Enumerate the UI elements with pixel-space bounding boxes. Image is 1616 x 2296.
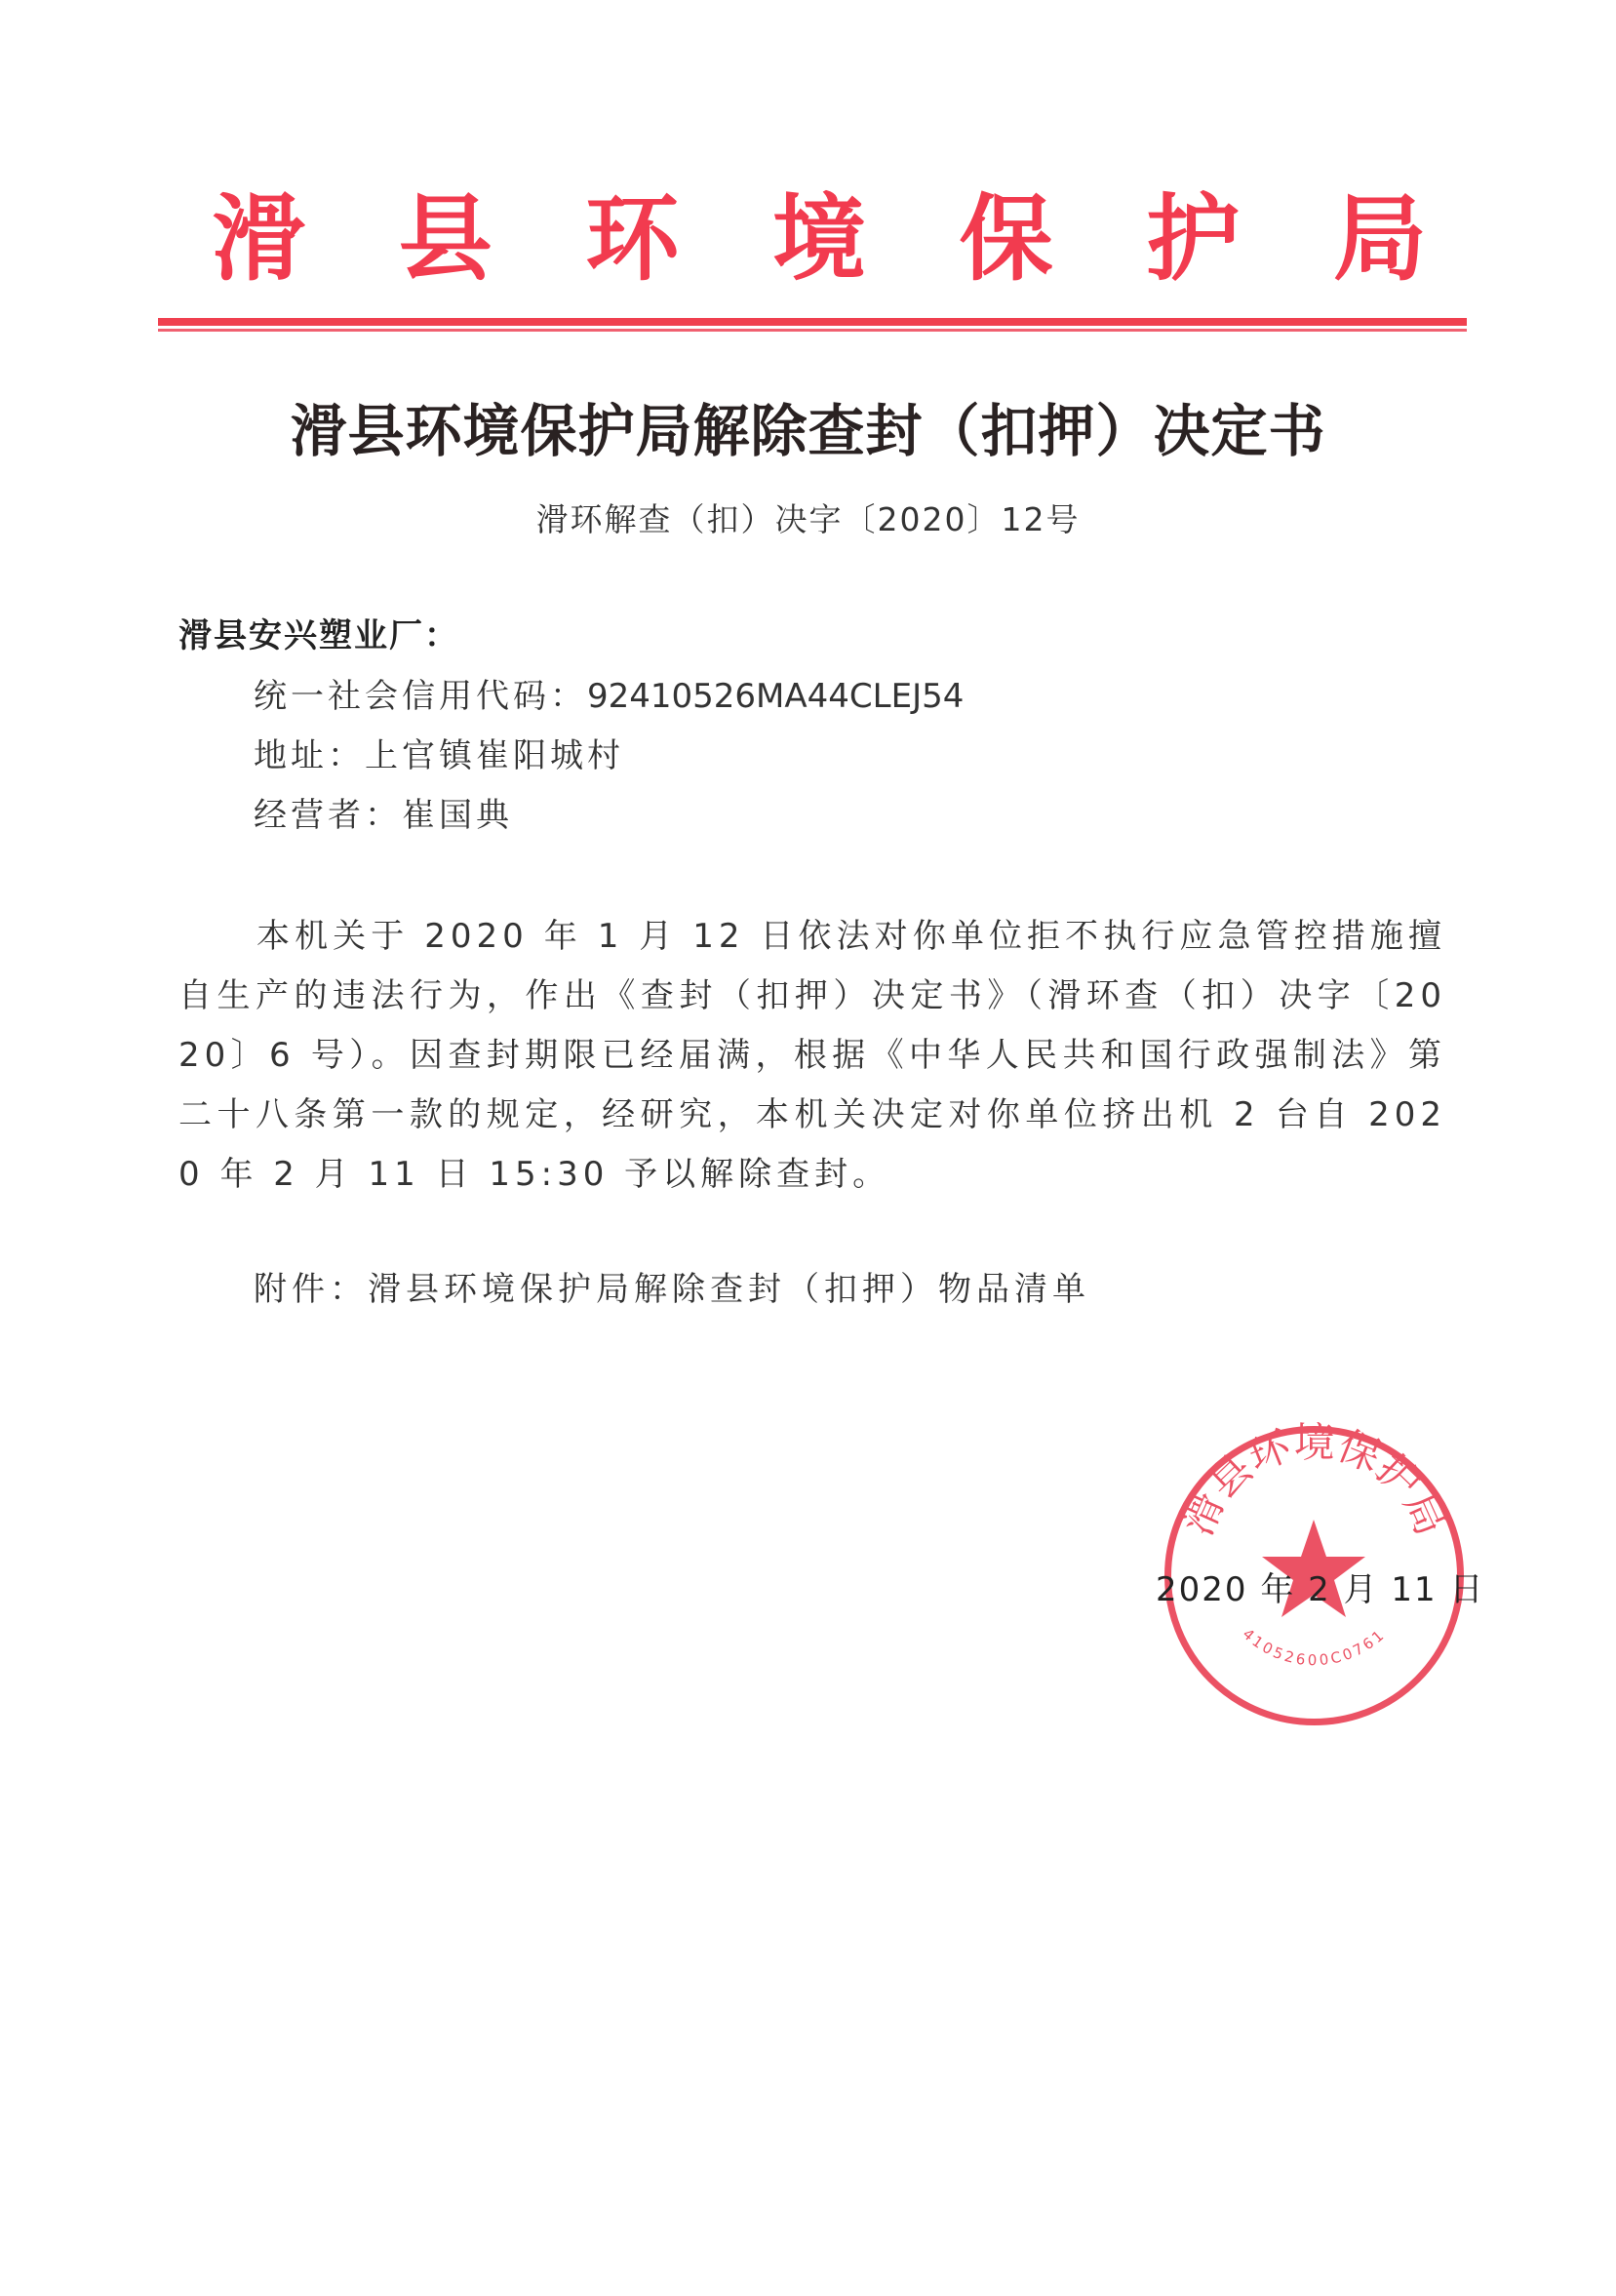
masthead-char: 环: [578, 185, 686, 293]
masthead-char: 滑: [205, 185, 312, 293]
operator-value: 崔国典: [402, 796, 513, 835]
address-value: 上官镇崔阳城村: [365, 736, 624, 775]
document-page: 滑 县 环 境 保 护 局 滑县环境保护局解除查封（扣押）决定书 滑环解查（扣）…: [0, 0, 1616, 2296]
body-paragraph: 本机关于 2020 年 1 月 12 日依法对你单位拒不执行应急管控措施擅自生产…: [178, 907, 1446, 1205]
recipient-name: 滑县安兴塑业厂：: [178, 607, 459, 666]
masthead-rule-thick: [158, 318, 1467, 326]
masthead-char: 保: [953, 185, 1060, 293]
operator-label: 经营者：: [254, 796, 402, 835]
masthead-char: 县: [392, 185, 499, 293]
credit-code-label: 统一社会信用代码：: [254, 677, 587, 716]
svg-text:41052600C0761: 41052600C0761: [1240, 1625, 1390, 1669]
masthead: 滑 县 环 境 保 护 局: [205, 185, 1434, 293]
attachment-note: 附件：滑县环境保护局解除查封（扣押）物品清单: [254, 1260, 1090, 1320]
issue-date: 2020 年 2 月 11 日: [1156, 1561, 1484, 1620]
credit-code-line: 统一社会信用代码：92410526MA44CLEJ54: [254, 667, 964, 727]
document-title: 滑县环境保护局解除查封（扣押）决定书: [0, 392, 1616, 470]
address-line: 地址：上官镇崔阳城村: [254, 727, 624, 786]
masthead-char: 局: [1326, 185, 1434, 293]
masthead-char: 境: [766, 185, 873, 293]
document-number: 滑环解查（扣）决字〔2020〕12号: [0, 495, 1616, 544]
operator-line: 经营者：崔国典: [254, 786, 513, 846]
masthead-rule-thin: [158, 329, 1467, 332]
address-label: 地址：: [254, 736, 365, 775]
credit-code-value: 92410526MA44CLEJ54: [587, 677, 964, 716]
seal-code: 41052600C0761: [1240, 1625, 1390, 1669]
masthead-char: 护: [1139, 185, 1246, 293]
